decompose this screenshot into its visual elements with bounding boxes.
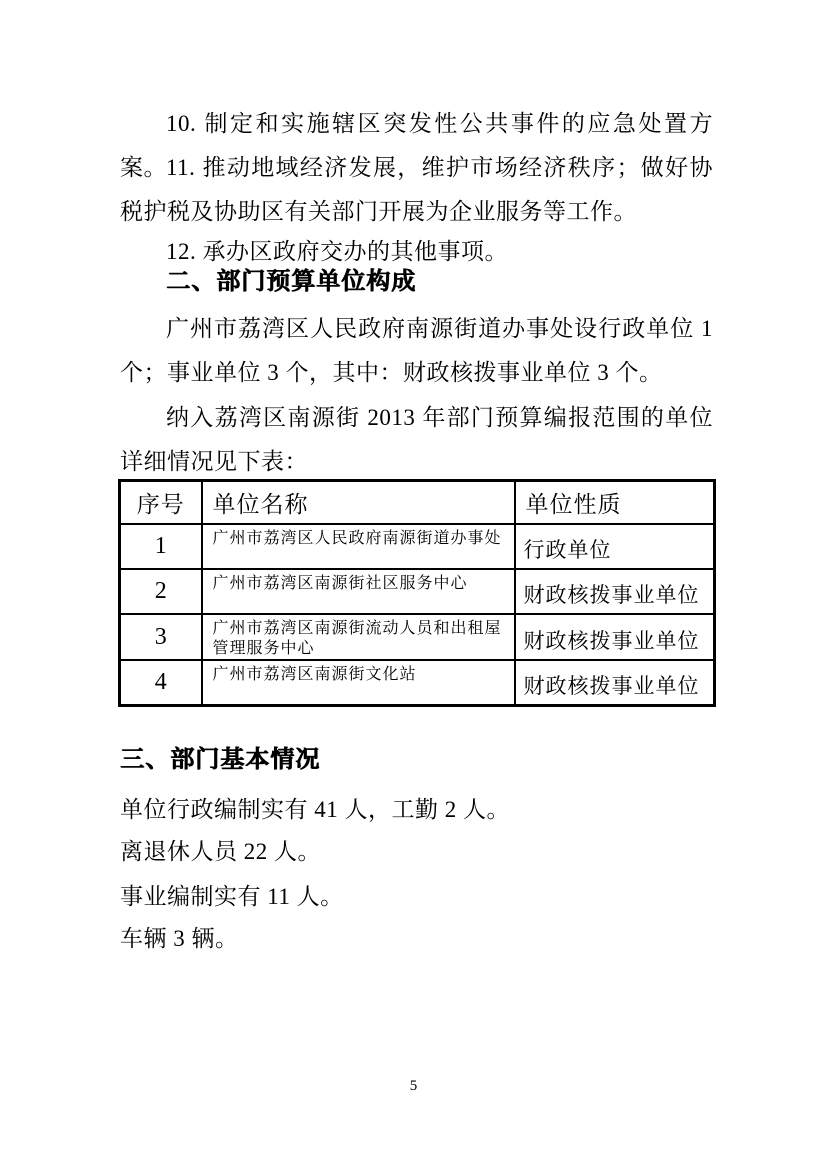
page-number: 5 [0, 1078, 827, 1095]
cell-seq: 2 [120, 569, 202, 614]
line-retired-staff: 离退休人员 22 人。 [120, 830, 713, 874]
section-heading-2: 二、部门预算单位构成 [120, 260, 713, 304]
section-heading-3: 三、部门基本情况 [120, 738, 713, 782]
unit-table: 序号 单位名称 单位性质 1 广州市荔湾区人民政府南源街道办事处 行政单位 2 … [118, 479, 716, 707]
header-unit-name: 单位名称 [202, 481, 515, 525]
cell-unit-type: 行政单位 [515, 524, 715, 569]
cell-unit-name: 广州市荔湾区南源街文化站 [202, 660, 515, 706]
paragraph-budget-scope: 纳入荔湾区南源街 2013 年部门预算编报范围的单位详细情况见下表： [120, 396, 713, 484]
cell-unit-type: 财政核拨事业单位 [515, 660, 715, 706]
document-page: 10. 制定和实施辖区突发性公共事件的应急处置方案。 11. 推动地域经济发展，… [0, 0, 827, 1170]
cell-seq: 3 [120, 614, 202, 660]
table-row: 3 广州市荔湾区南源街流动人员和出租屋管理服务中心 财政核拨事业单位 [120, 614, 715, 660]
cell-unit-type: 财政核拨事业单位 [515, 569, 715, 614]
line-admin-staff: 单位行政编制实有 41 人，工勤 2 人。 [120, 788, 713, 832]
cell-seq: 1 [120, 524, 202, 569]
table-row: 2 广州市荔湾区南源街社区服务中心 财政核拨事业单位 [120, 569, 715, 614]
line-vehicles: 车辆 3 辆。 [120, 917, 713, 961]
header-unit-type: 单位性质 [515, 481, 715, 525]
cell-seq: 4 [120, 660, 202, 706]
cell-unit-name: 广州市荔湾区南源街流动人员和出租屋管理服务中心 [202, 614, 515, 660]
cell-unit-type: 财政核拨事业单位 [515, 614, 715, 660]
list-item-11: 11. 推动地域经济发展，维护市场经济秩序；做好协税护税及协助区有关部门开展为企… [120, 146, 713, 234]
table-row: 4 广州市荔湾区南源街文化站 财政核拨事业单位 [120, 660, 715, 706]
line-career-staff: 事业编制实有 11 人。 [120, 875, 713, 919]
cell-unit-name: 广州市荔湾区南源街社区服务中心 [202, 569, 515, 614]
paragraph-unit-composition: 广州市荔湾区人民政府南源街道办事处设行政单位 1 个；事业单位 3 个，其中：财… [120, 307, 713, 395]
cell-unit-name: 广州市荔湾区人民政府南源街道办事处 [202, 524, 515, 569]
header-seq: 序号 [120, 481, 202, 525]
table-header-row: 序号 单位名称 单位性质 [120, 481, 715, 525]
table-row: 1 广州市荔湾区人民政府南源街道办事处 行政单位 [120, 524, 715, 569]
